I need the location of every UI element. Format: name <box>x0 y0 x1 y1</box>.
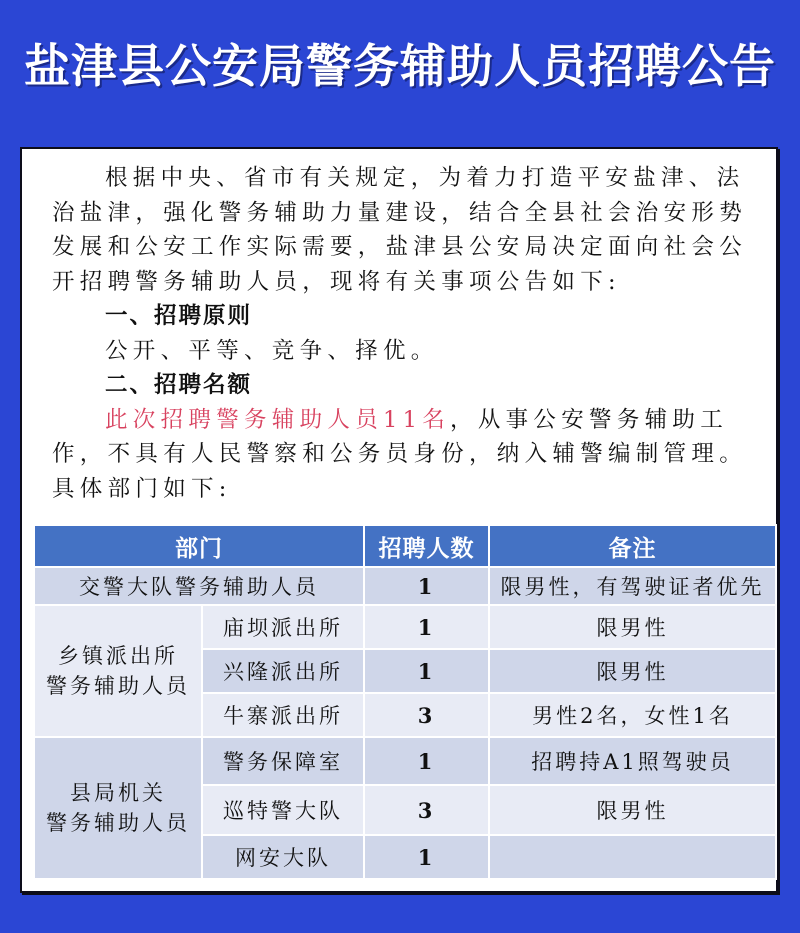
header-note: 备注 <box>489 525 776 567</box>
count-cell: 1 <box>364 605 489 649</box>
announcement-card: 根据中央、省市有关规定，为着力打造平安盐津、法治盐津，强化警务辅助力量建设，结合… <box>20 147 778 893</box>
recruitment-table: 部门 招聘人数 备注 交警大队警务辅助人员 1 限男性，有驾驶证者优先 乡镇派出… <box>33 524 777 880</box>
group-name-cell: 乡镇派出所 警务辅助人员 <box>34 605 202 737</box>
note-cell: 限男性 <box>489 605 776 649</box>
section2-paragraph: 此次招聘警务辅助人员11名，从事公安警务辅助工作，不具有人民警察和公务员身份，纳… <box>52 403 752 507</box>
group-name-cell: 县局机关 警务辅助人员 <box>34 737 202 879</box>
unit-cell: 警务保障室 <box>202 737 364 785</box>
group-name-line2: 警务辅助人员 <box>46 674 190 698</box>
count-cell: 3 <box>364 785 489 835</box>
table-header-row: 部门 招聘人数 备注 <box>34 525 776 567</box>
group-name-line2: 警务辅助人员 <box>46 811 190 835</box>
note-cell <box>489 835 776 879</box>
unit-cell: 牛寨派出所 <box>202 693 364 737</box>
note-cell: 男性2名，女性1名 <box>489 693 776 737</box>
section1-text: 公开、平等、竞争、择优。 <box>52 334 752 369</box>
note-cell: 限男性 <box>489 649 776 693</box>
note-cell: 招聘持A1照驾驶员 <box>489 737 776 785</box>
section1-heading: 一、招聘原则 <box>52 299 752 334</box>
count-cell: 1 <box>364 649 489 693</box>
unit-cell: 庙坝派出所 <box>202 605 364 649</box>
count-cell: 1 <box>364 835 489 879</box>
table-row: 交警大队警务辅助人员 1 限男性，有驾驶证者优先 <box>34 567 776 605</box>
dept-cell: 交警大队警务辅助人员 <box>34 567 364 605</box>
page-title: 盐津县公安局警务辅助人员招聘公告 <box>0 30 800 96</box>
unit-cell: 兴隆派出所 <box>202 649 364 693</box>
group-name-line1: 县局机关 <box>70 781 166 805</box>
note-cell: 限男性，有驾驶证者优先 <box>489 567 776 605</box>
section2-heading: 二、招聘名额 <box>52 368 752 403</box>
note-cell: 限男性 <box>489 785 776 835</box>
unit-cell: 巡特警大队 <box>202 785 364 835</box>
header-dept: 部门 <box>34 525 364 567</box>
announcement-body: 根据中央、省市有关规定，为着力打造平安盐津、法治盐津，强化警务辅助力量建设，结合… <box>52 161 752 506</box>
unit-cell: 网安大队 <box>202 835 364 879</box>
count-cell: 1 <box>364 567 489 605</box>
quota-highlight: 此次招聘警务辅助人员11名 <box>105 407 450 433</box>
header-count: 招聘人数 <box>364 525 489 567</box>
group-name-line1: 乡镇派出所 <box>58 644 178 668</box>
intro-paragraph: 根据中央、省市有关规定，为着力打造平安盐津、法治盐津，强化警务辅助力量建设，结合… <box>52 161 752 299</box>
count-cell: 3 <box>364 693 489 737</box>
table-row: 县局机关 警务辅助人员 警务保障室 1 招聘持A1照驾驶员 <box>34 737 776 785</box>
table-row: 乡镇派出所 警务辅助人员 庙坝派出所 1 限男性 <box>34 605 776 649</box>
count-cell: 1 <box>364 737 489 785</box>
